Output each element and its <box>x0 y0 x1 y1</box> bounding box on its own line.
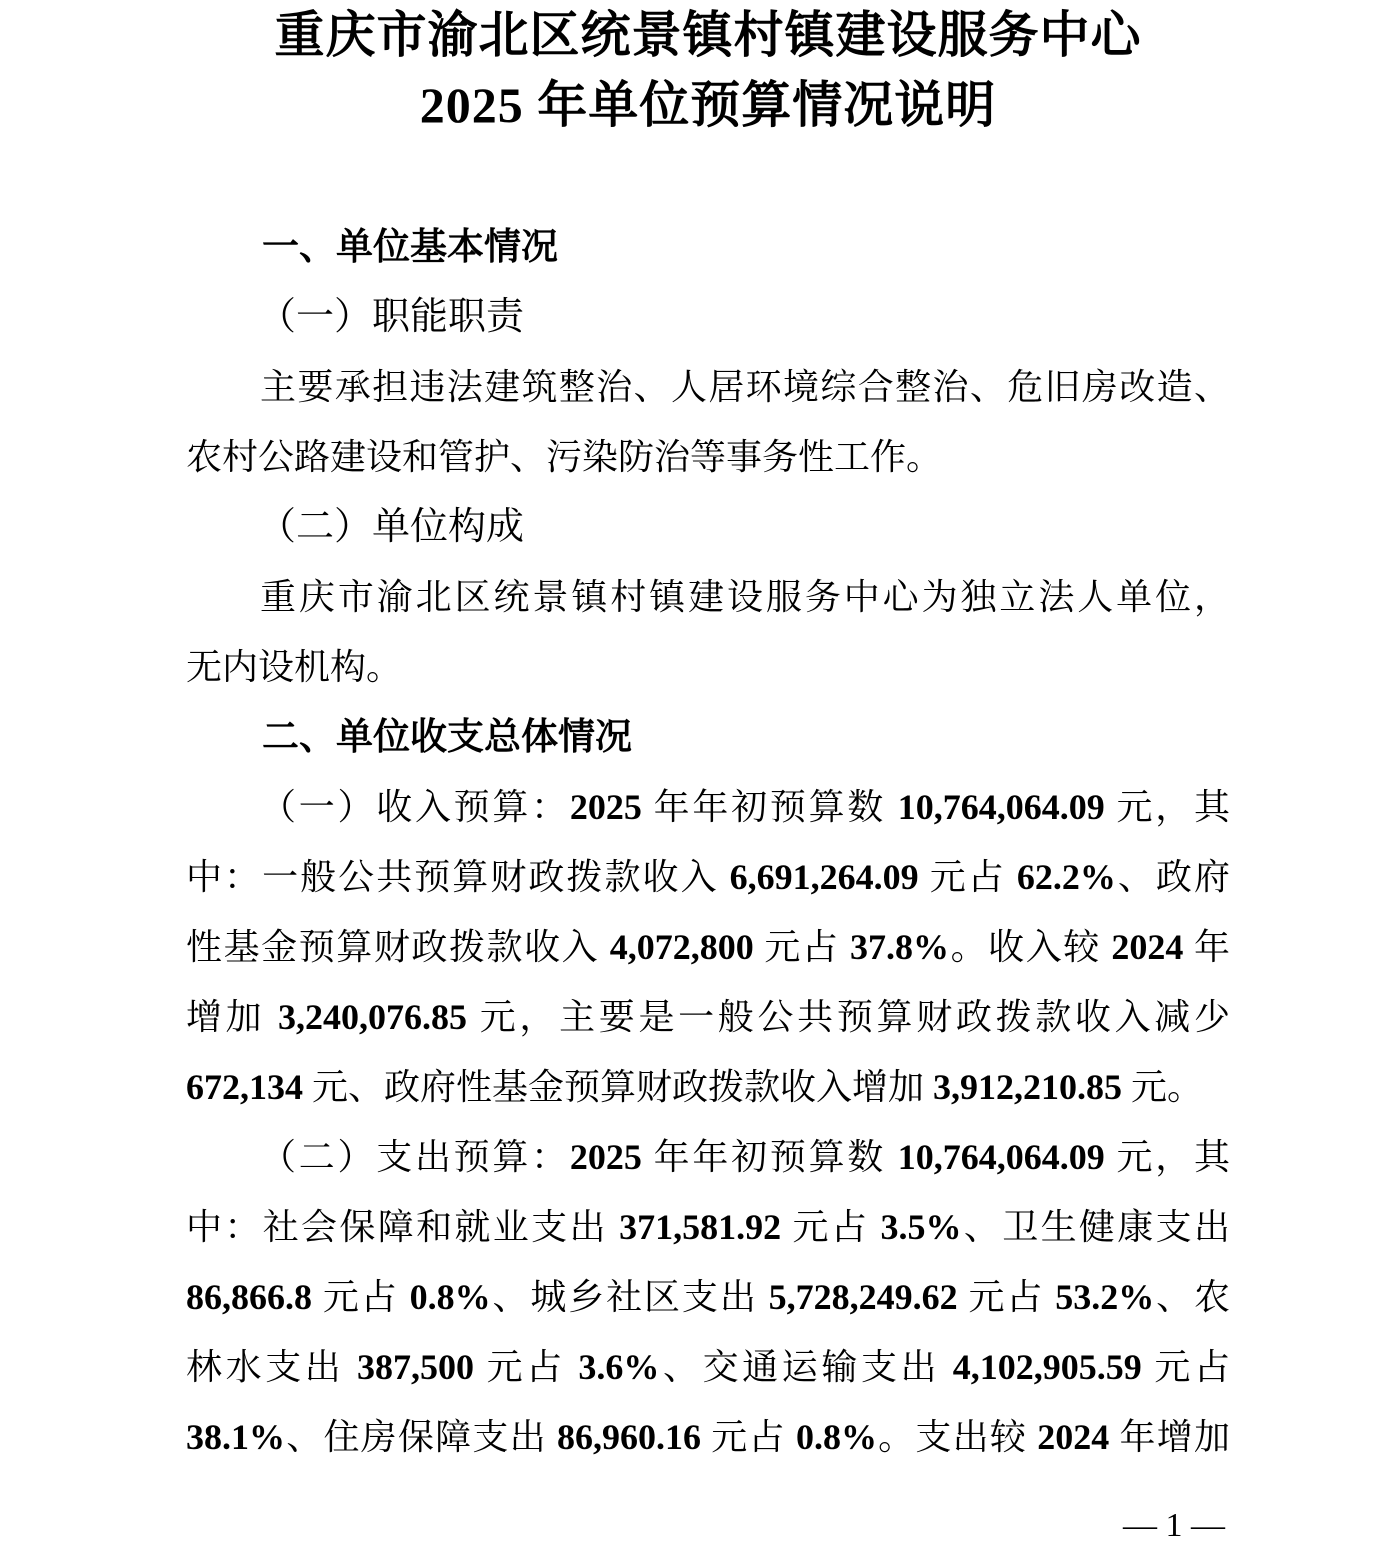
numeric-value: 371,581.92 <box>619 1207 781 1247</box>
numeric-value: 2025 <box>570 787 642 827</box>
numeric-value: 3.5% <box>881 1207 962 1247</box>
numeric-value: 86,866.8 <box>186 1277 312 1317</box>
document-line: （二）支出预算：2025 年年初预算数 10,764,064.09 元，其 <box>186 1122 1230 1192</box>
document-line: 86,866.8 元占 0.8%、城乡社区支出 5,728,249.62 元占 … <box>186 1262 1230 1332</box>
paragraph: 重庆市渝北区统景镇村镇建设服务中心为独立法人单位，无内设机构。 <box>186 562 1230 702</box>
numeric-value: 0.8% <box>796 1417 877 1457</box>
document-line: 重庆市渝北区统景镇村镇建设服务中心为独立法人单位， <box>186 562 1230 632</box>
document-line: 农村公路建设和管护、污染防治等事务性工作。 <box>186 422 1230 492</box>
subsection-heading: （一）职能职责 <box>186 282 1230 352</box>
title-line-2: 2025 年单位预算情况说明 <box>186 70 1230 140</box>
numeric-value: 2024 <box>1111 927 1183 967</box>
numeric-value: 86,960.16 <box>557 1417 701 1457</box>
document-line: 38.1%、住房保障支出 86,960.16 元占 0.8%。支出较 2024 … <box>186 1402 1230 1472</box>
numeric-value: 3,240,076.85 <box>278 997 467 1037</box>
section-heading: 一、单位基本情况 <box>186 212 1230 282</box>
document-line: 无内设机构。 <box>186 632 1230 702</box>
page-number: — 1 — <box>1123 1504 1225 1548</box>
numeric-value: 0.8% <box>410 1277 491 1317</box>
numeric-value: 387,500 <box>357 1347 474 1387</box>
title-line-1: 重庆市渝北区统景镇村镇建设服务中心 <box>186 0 1230 70</box>
numeric-value: 53.2% <box>1055 1277 1154 1317</box>
numeric-value: 37.8% <box>850 927 949 967</box>
numeric-value: 4,102,905.59 <box>953 1347 1142 1387</box>
numeric-value: 38.1% <box>186 1417 285 1457</box>
document-line: 性基金预算财政拨款收入 4,072,800 元占 37.8%。收入较 2024 … <box>186 912 1230 982</box>
numeric-value: 672,134 <box>186 1067 303 1107</box>
paragraph: 主要承担违法建筑整治、人居环境综合整治、危旧房改造、农村公路建设和管护、污染防治… <box>186 352 1230 492</box>
paragraph: （一）收入预算：2025 年年初预算数 10,764,064.09 元，其中：一… <box>186 772 1230 1122</box>
document-line: 中：社会保障和就业支出 371,581.92 元占 3.5%、卫生健康支出 <box>186 1192 1230 1262</box>
numeric-value: 6,691,264.09 <box>730 857 919 897</box>
document-line: 672,134 元、政府性基金预算财政拨款收入增加 3,912,210.85 元… <box>186 1052 1230 1122</box>
subsection-heading: （二）单位构成 <box>186 492 1230 562</box>
numeric-value: 3.6% <box>578 1347 659 1387</box>
document-line: 主要承担违法建筑整治、人居环境综合整治、危旧房改造、 <box>186 352 1230 422</box>
paragraph: （二）支出预算：2025 年年初预算数 10,764,064.09 元，其中：社… <box>186 1122 1230 1472</box>
numeric-value: 5,728,249.62 <box>769 1277 958 1317</box>
numeric-value: 4,072,800 <box>610 927 754 967</box>
numeric-value: 3,912,210.85 <box>933 1067 1122 1107</box>
document-body: 一、单位基本情况（一）职能职责主要承担违法建筑整治、人居环境综合整治、危旧房改造… <box>186 212 1230 1472</box>
numeric-value: 62.2% <box>1017 857 1116 897</box>
document-content: 重庆市渝北区统景镇村镇建设服务中心 2025 年单位预算情况说明 一、单位基本情… <box>0 0 1399 1472</box>
numeric-value: 10,764,064.09 <box>898 1137 1105 1177</box>
numeric-value: 2025 <box>570 1137 642 1177</box>
numeric-value: 10,764,064.09 <box>898 787 1105 827</box>
document-line: 林水支出 387,500 元占 3.6%、交通运输支出 4,102,905.59… <box>186 1332 1230 1402</box>
document-page: 重庆市渝北区统景镇村镇建设服务中心 2025 年单位预算情况说明 一、单位基本情… <box>0 0 1399 1550</box>
document-line: 增加 3,240,076.85 元，主要是一般公共预算财政拨款收入减少 <box>186 982 1230 1052</box>
numeric-value: 2024 <box>1037 1417 1109 1457</box>
document-line: 中：一般公共预算财政拨款收入 6,691,264.09 元占 62.2%、政府 <box>186 842 1230 912</box>
document-line: （一）收入预算：2025 年年初预算数 10,764,064.09 元，其 <box>186 772 1230 842</box>
section-heading: 二、单位收支总体情况 <box>186 702 1230 772</box>
document-title: 重庆市渝北区统景镇村镇建设服务中心 2025 年单位预算情况说明 <box>186 0 1230 140</box>
